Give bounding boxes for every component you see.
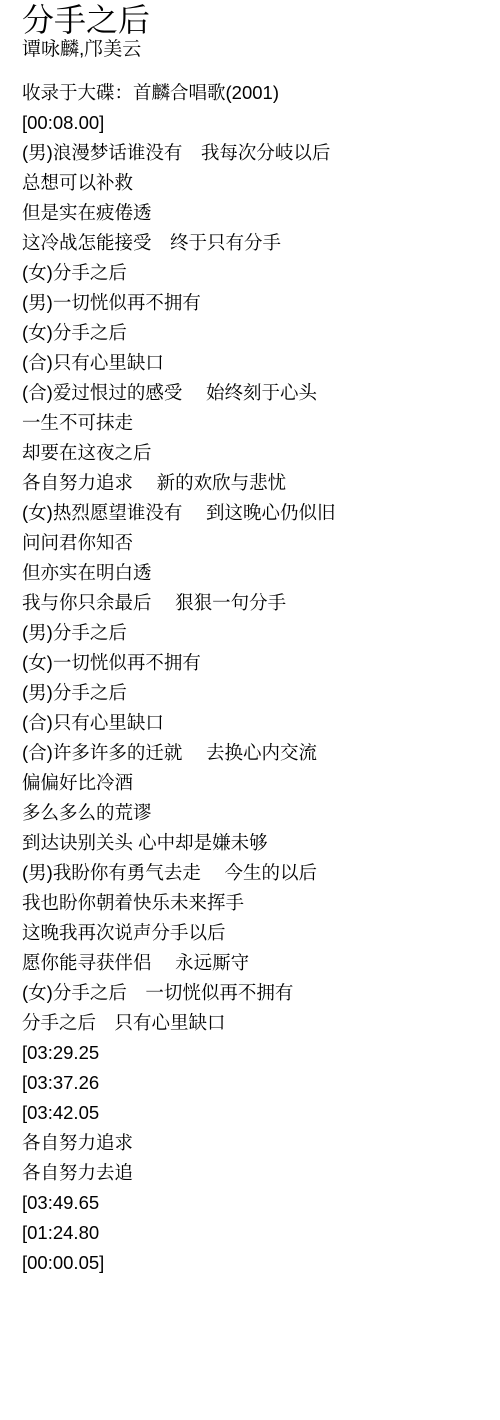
- lyric-line: (女)一切恍似再不拥有: [22, 648, 484, 678]
- lyric-line: 各自努力去追: [22, 1158, 484, 1188]
- lyric-line: 收录于大碟：首麟合唱歌(2001): [22, 78, 484, 108]
- lyric-line: 却要在这夜之后: [22, 438, 484, 468]
- lyric-line: (合)爱过恨过的感受 始终刻于心头: [22, 378, 484, 408]
- lyric-line: (合)只有心里缺口: [22, 348, 484, 378]
- lyric-line: 愿你能寻获伴侣 永远厮守: [22, 948, 484, 978]
- lyric-line: (男)一切恍似再不拥有: [22, 288, 484, 318]
- lyric-line: 各自努力追求 新的欢欣与悲忧: [22, 468, 484, 498]
- lyric-line: (女)热烈愿望谁没有 到这晚心仍似旧: [22, 498, 484, 528]
- lyric-line: 我与你只余最后 狠狠一句分手: [22, 588, 484, 618]
- lyric-line: 这冷战怎能接受 终于只有分手: [22, 228, 484, 258]
- song-title: 分手之后: [22, 1, 484, 39]
- lyric-line: 总想可以补救: [22, 168, 484, 198]
- lyric-line: (合)许多许多的迁就 去换心内交流: [22, 738, 484, 768]
- lyric-line: 这晚我再次说声分手以后: [22, 918, 484, 948]
- lyric-line: 但亦实在明白透: [22, 558, 484, 588]
- lyric-line: 一生不可抹走: [22, 408, 484, 438]
- lyric-line: (女)分手之后: [22, 318, 484, 348]
- lyric-line: (男)浪漫梦话谁没有 我每次分岐以后: [22, 138, 484, 168]
- lyric-line: [03:49.65: [22, 1188, 484, 1218]
- lyric-line: [00:08.00]: [22, 108, 484, 138]
- lyric-line: 分手之后 只有心里缺口: [22, 1008, 484, 1038]
- lyric-line: [01:24.80: [22, 1218, 484, 1248]
- lyric-line: (合)只有心里缺口: [22, 708, 484, 738]
- lyric-line: (男)分手之后: [22, 678, 484, 708]
- lyric-line: 问问君你知否: [22, 528, 484, 558]
- lyric-line: [03:37.26: [22, 1068, 484, 1098]
- lyric-line: 但是实在疲倦透: [22, 198, 484, 228]
- lyrics-block: 收录于大碟：首麟合唱歌(2001)[00:08.00](男)浪漫梦话谁没有 我每…: [22, 78, 484, 1278]
- lyric-line: 多么多么的荒谬: [22, 798, 484, 828]
- lyric-line: 各自努力追求: [22, 1128, 484, 1158]
- lyric-line: (女)分手之后 一切恍似再不拥有: [22, 978, 484, 1008]
- song-artist: 谭咏麟,邝美云: [22, 39, 484, 61]
- lyric-line: (男)我盼你有勇气去走 今生的以后: [22, 858, 484, 888]
- lyrics-page: 分手之后 谭咏麟,邝美云 收录于大碟：首麟合唱歌(2001)[00:08.00]…: [0, 0, 500, 1278]
- lyric-line: 偏偏好比冷酒: [22, 768, 484, 798]
- lyric-line: [03:42.05: [22, 1098, 484, 1128]
- lyric-line: 我也盼你朝着快乐未来挥手: [22, 888, 484, 918]
- lyric-line: 到达诀别关头 心中却是嫌未够: [22, 828, 484, 858]
- lyric-line: (女)分手之后: [22, 258, 484, 288]
- lyric-line: (男)分手之后: [22, 618, 484, 648]
- lyric-line: [03:29.25: [22, 1038, 484, 1068]
- lyric-line: [00:00.05]: [22, 1248, 484, 1278]
